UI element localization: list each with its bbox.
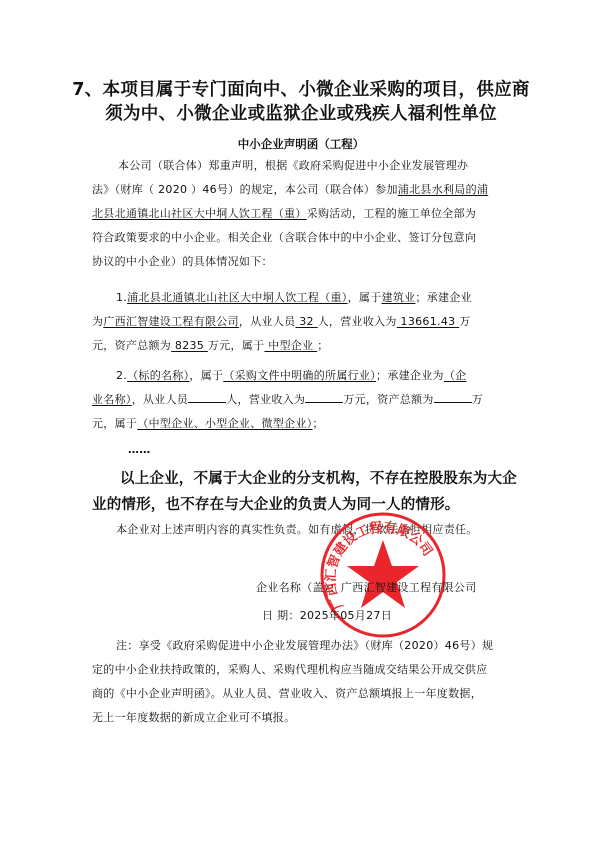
intro-line: 本公司（联合体）郑重声明，根据《政府采购促进中小企业发展管理办 bbox=[118, 157, 468, 173]
industry: 建筑业 bbox=[382, 291, 416, 304]
section-title-line1: 7、本项目属于专门面向中、小微企业采购的项目，供应商 bbox=[0, 76, 602, 101]
text: 万 bbox=[459, 315, 470, 328]
company-name: 广西汇智建设工程有限公司 bbox=[341, 581, 477, 594]
revenue: 13661.43 bbox=[397, 315, 459, 328]
size-placeholder: （中型企业、小型企业、微型企业） bbox=[137, 417, 312, 430]
intro-line: 北县北通镇北山社区大中垌人饮工程（重）采购活动，工程的施工单位全部为 bbox=[92, 205, 476, 221]
item-line: 2.（标的名称），属于（采购文件中明确的所属行业）；承建企业为（企 bbox=[116, 367, 466, 383]
purchaser-name: 浦北县水利局的浦 bbox=[398, 183, 488, 196]
company-label: 企业名称（盖）： bbox=[256, 581, 341, 594]
project-name: 北县北通镇北山社区大中垌人饮工程（重） bbox=[92, 207, 307, 220]
declaration-title: 中小企业声明函（工程） bbox=[0, 136, 602, 152]
project-name: 浦北县北通镇北山社区大中垌人饮工程（重） bbox=[127, 291, 348, 304]
text: 万 bbox=[472, 393, 483, 406]
intro-line: 符合政策要求的中小企业。相关企业（含联合体中的中小企业、签订分包意向 bbox=[92, 229, 476, 245]
note-line: 注：享受《政府采购促进中小企业发展管理办法》（财库（2020）46号）规 bbox=[116, 637, 493, 653]
note-line: 无上一年度数据的新成立企业可不填报。 bbox=[92, 709, 295, 725]
text: 为 bbox=[92, 315, 103, 328]
text: ，属于 bbox=[189, 369, 223, 382]
text: ，从业人员 bbox=[239, 315, 296, 328]
text: 元，属于 bbox=[92, 417, 137, 430]
signature-date: 日 期：2025年05月27日 bbox=[262, 607, 392, 623]
staff-count: 32 bbox=[295, 315, 317, 328]
text: 法》（财库（ 2020 ）46号）的规定，本公司（联合体）参加 bbox=[92, 183, 398, 196]
date-value: 2025年05月27日 bbox=[300, 609, 392, 622]
note-line: 定的中小企业扶持政策的，采购人、采购代理机构应当随成交结果公开成交供应 bbox=[92, 661, 488, 677]
text: ；承建企业为 bbox=[376, 369, 444, 382]
note-line: 商的《中小企业声明函》。从业人员、营业收入、资产总额填报上一年度数据， bbox=[92, 685, 482, 701]
text: ；承建企业 bbox=[415, 291, 472, 304]
item-line: 业名称），从业人员人，营业收入为万元，资产总额为万 bbox=[92, 391, 483, 407]
text: 万元，资产总额为 bbox=[343, 393, 433, 406]
date-label: 日 期： bbox=[262, 609, 300, 622]
total-assets: 8235 bbox=[171, 339, 208, 352]
item-line: 为广西汇智建设工程有限公司，从业人员 32 人，营业收入为 13661.43 万 bbox=[92, 313, 471, 329]
intro-line: 协议的中小企业）的具体情况如下： bbox=[92, 253, 273, 269]
text: ； bbox=[313, 417, 324, 430]
item-line: 元，资产总额为 8235 万元，属于 中型企业 ； bbox=[92, 337, 329, 353]
assets-blank bbox=[434, 392, 472, 403]
enterprise-size: 中型企业 bbox=[264, 339, 317, 352]
company-placeholder: 业名称） bbox=[92, 393, 132, 406]
statement-line1: 以上企业，不属于大企业的分支机构，不存在控股股东为大企 bbox=[120, 467, 517, 488]
text: ； bbox=[317, 339, 328, 352]
text: ，从业人员 bbox=[132, 393, 189, 406]
signature-company: 企业名称（盖）：广西汇智建设工程有限公司 bbox=[256, 579, 477, 595]
company-placeholder: （企 bbox=[444, 369, 467, 382]
project-placeholder: （标的名称） bbox=[127, 369, 189, 382]
ellipsis: …… bbox=[128, 443, 151, 456]
industry-placeholder: （采购文件中明确的所属行业） bbox=[223, 369, 376, 382]
section-title-line2: 须为中、小微企业或监狱企业或残疾人福利性单位 bbox=[0, 100, 602, 125]
text: 采购活动，工程的施工单位全部为 bbox=[307, 207, 477, 220]
item-line: 元，属于（中型企业、小型企业、微型企业）； bbox=[92, 415, 324, 431]
intro-line: 法》（财库（ 2020 ）46号）的规定，本公司（联合体）参加浦北县水利局的浦 bbox=[92, 181, 488, 197]
text: 人，营业收入为 bbox=[226, 393, 305, 406]
staff-blank bbox=[188, 392, 226, 403]
text: 人，营业收入为 bbox=[318, 315, 397, 328]
text: ，属于 bbox=[348, 291, 382, 304]
text: 万元，属于 bbox=[208, 339, 265, 352]
item-line: 1.浦北县北通镇北山社区大中垌人饮工程（重），属于建筑业；承建企业 bbox=[116, 289, 472, 305]
item-number: 1. bbox=[116, 291, 127, 304]
item-number: 2. bbox=[116, 369, 127, 382]
revenue-blank bbox=[305, 392, 343, 403]
company-name: 广西汇智建设工程有限公司 bbox=[103, 315, 239, 328]
text: 元，资产总额为 bbox=[92, 339, 171, 352]
